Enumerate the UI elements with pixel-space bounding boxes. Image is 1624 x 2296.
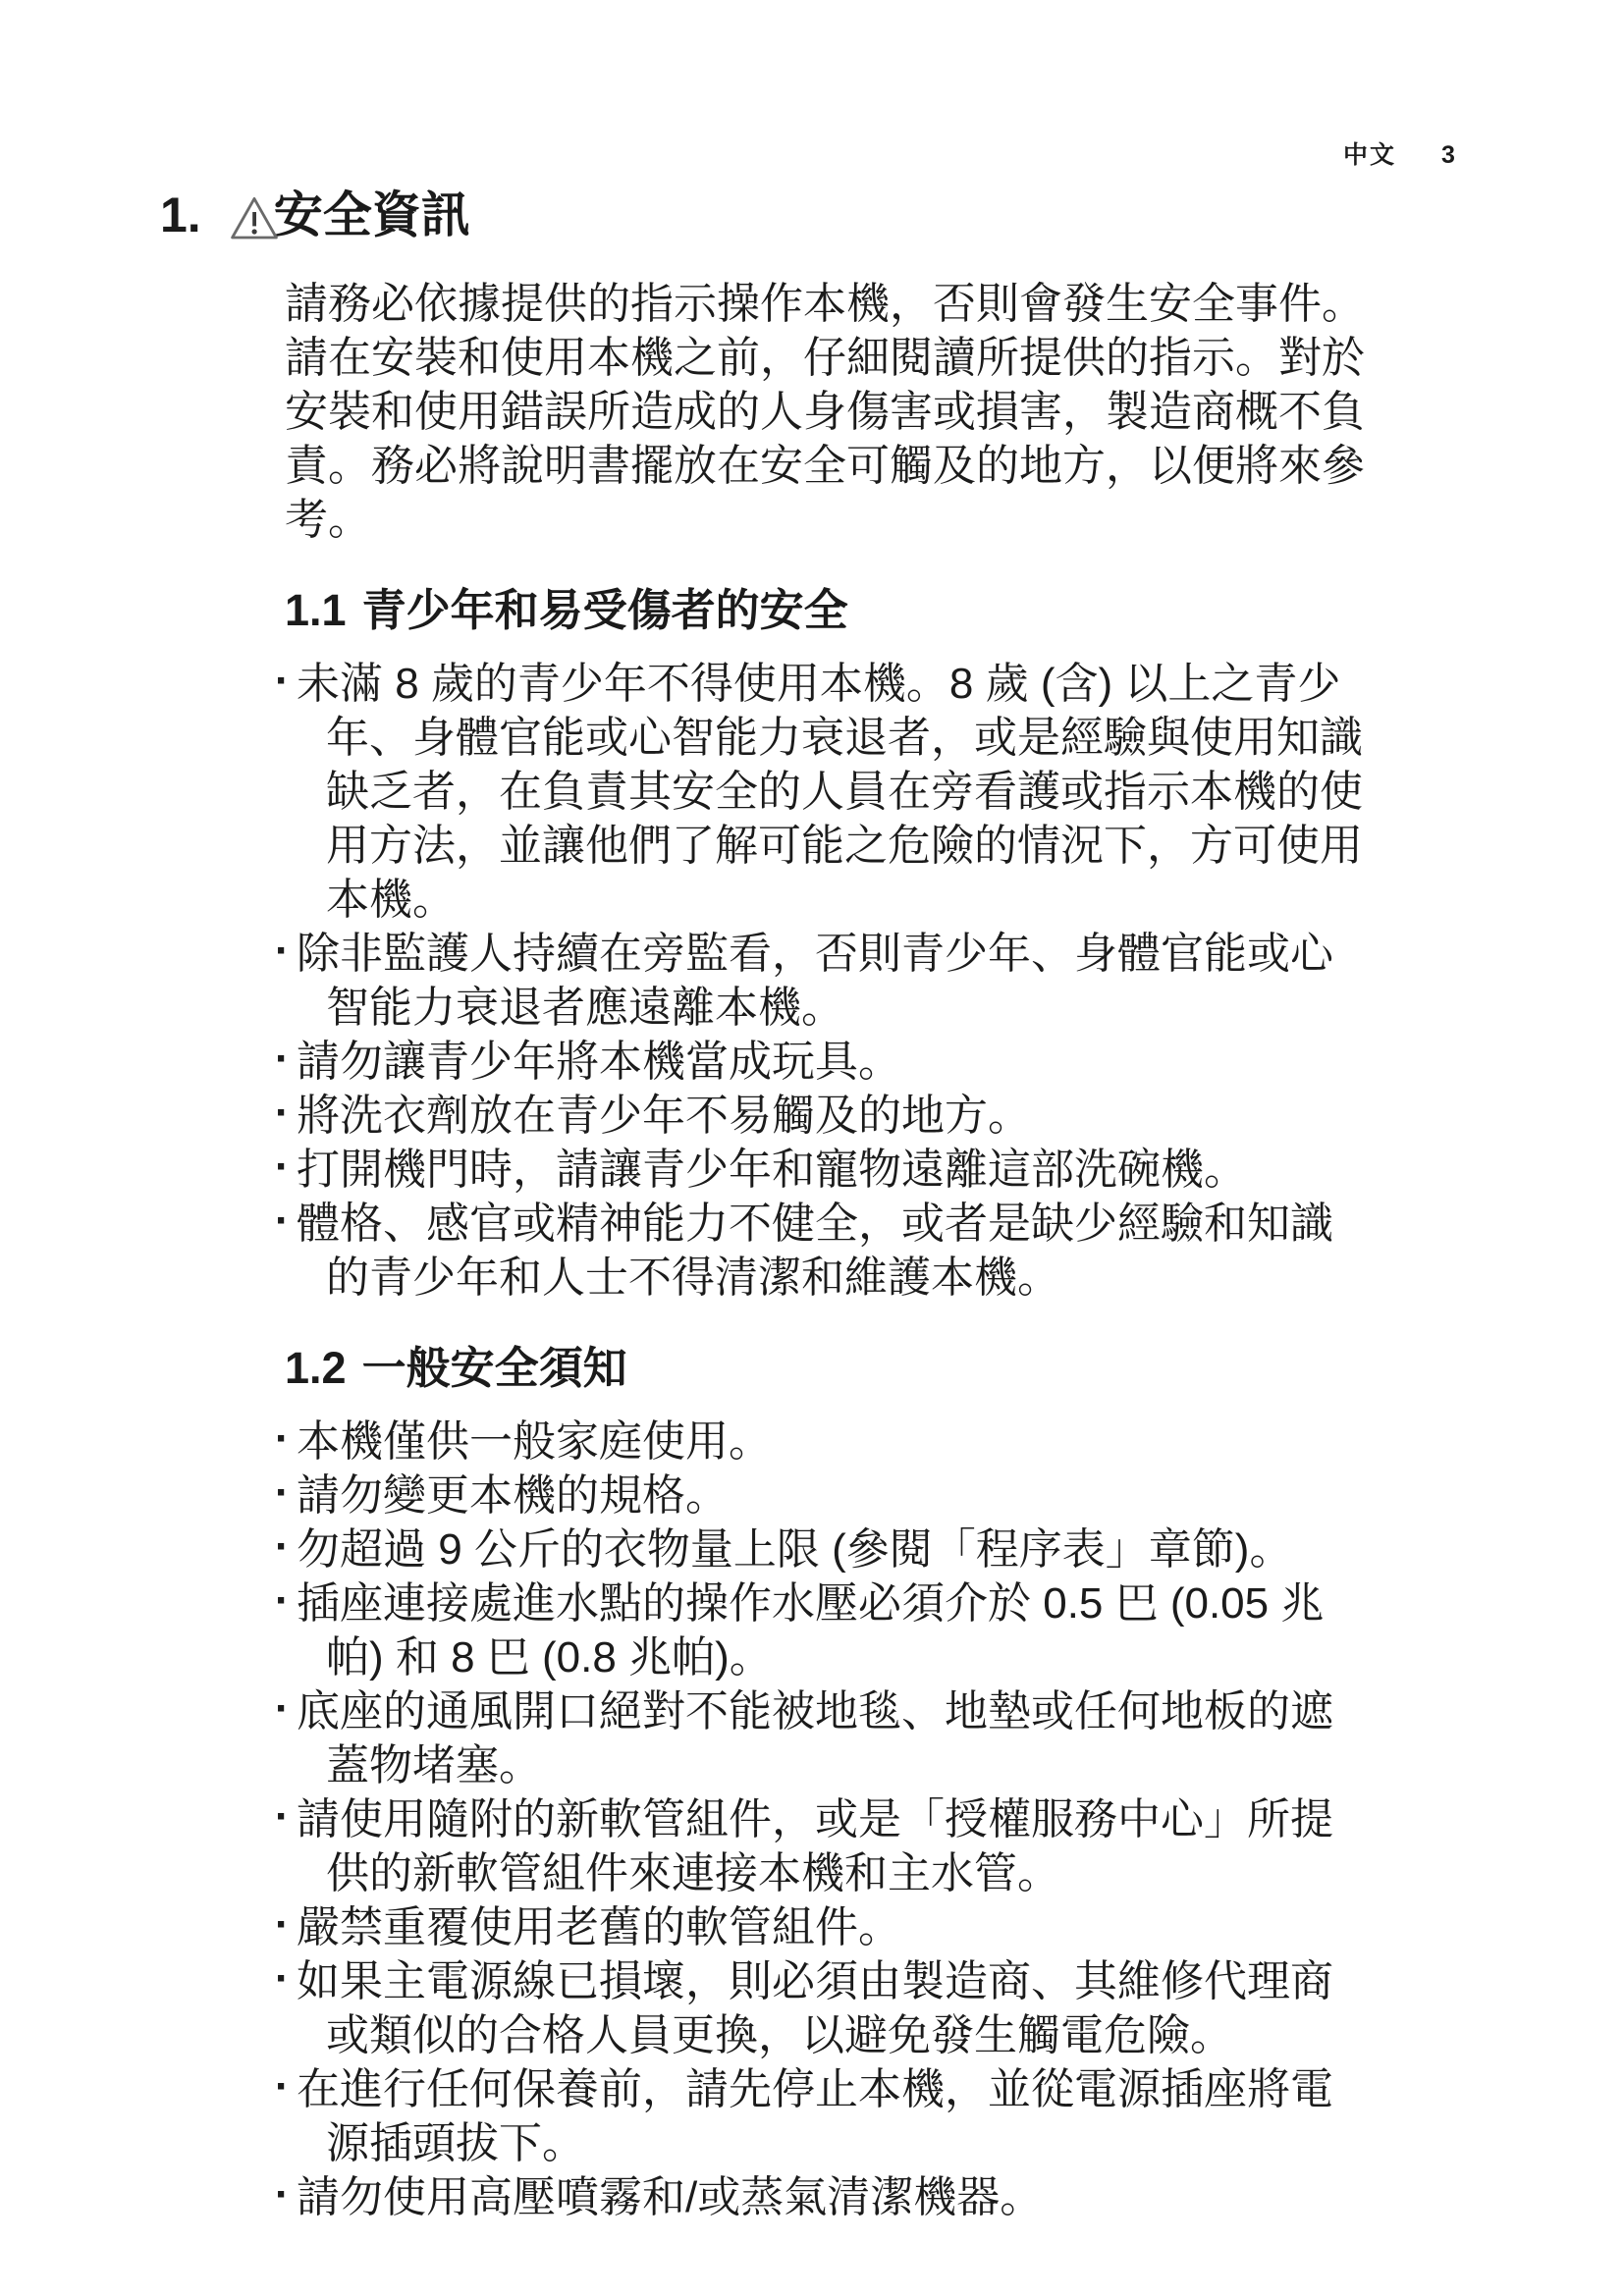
bullet-line: 請勿變更本機的規格。 xyxy=(297,1468,1502,1522)
chapter-number: 1. xyxy=(160,185,201,245)
intro-line: 請務必依據提供的指示操作本機，否則會發生安全事件。 xyxy=(285,277,1502,331)
bullet-line: 插座連接處進水點的操作水壓必須介於 0.5 巴 (0.05 兆 xyxy=(297,1576,1502,1630)
page-header: 中文 3 xyxy=(1343,135,1455,171)
bullet-item: 嚴禁重覆使用老舊的軟管組件。 xyxy=(285,1900,1502,1954)
bullet-line: 未滿 8 歲的青少年不得使用本機。8 歲 (含) 以上之青少 xyxy=(297,657,1502,711)
bullet-item: 插座連接處進水點的操作水壓必須介於 0.5 巴 (0.05 兆 帕) 和 8 巴… xyxy=(285,1576,1502,1684)
bullet-line: 嚴禁重覆使用老舊的軟管組件。 xyxy=(297,1900,1502,1954)
bullet-item: 將洗衣劑放在青少年不易觸及的地方。 xyxy=(285,1089,1502,1143)
chapter-title-text: 安全資訊 xyxy=(274,185,470,245)
bullet-line: 供的新軟管組件來連接本機和主水管。 xyxy=(297,1846,1502,1900)
bullet-line: 缺乏者，在負責其安全的人員在旁看護或指示本機的使 xyxy=(297,765,1502,819)
subsection-title-text: 一般安全須知 xyxy=(362,1343,627,1393)
bullet-line: 本機僅供一般家庭使用。 xyxy=(297,1415,1502,1468)
bullet-item: 請勿讓青少年將本機當成玩具。 xyxy=(285,1035,1502,1089)
bullet-line: 勿超過 9 公斤的衣物量上限 (參閱「程序表」章節)。 xyxy=(297,1522,1502,1576)
bullet-line: 或類似的合格人員更換，以避免發生觸電危險。 xyxy=(297,2008,1502,2062)
intro-line: 安裝和使用錯誤所造成的人身傷害或損害，製造商概不負 xyxy=(285,385,1502,439)
bullet-line: 打開機門時，請讓青少年和寵物遠離這部洗碗機。 xyxy=(297,1143,1502,1197)
bullet-line: 的青少年和人士不得清潔和維護本機。 xyxy=(297,1251,1502,1305)
bullet-item: 除非監護人持續在旁監看，否則青少年、身體官能或心 智能力衰退者應遠離本機。 xyxy=(285,927,1502,1035)
bullet-line: 底座的通風開口絕對不能被地毯、地墊或任何地板的遮 xyxy=(297,1684,1502,1738)
header-language-label: 中文 xyxy=(1343,135,1396,171)
bullet-line: 源插頭拔下。 xyxy=(297,2116,1502,2170)
bullet-item: 底座的通風開口絕對不能被地毯、地墊或任何地板的遮 蓋物堵塞。 xyxy=(285,1684,1502,1792)
bullet-list-1-2: 本機僅供一般家庭使用。 請勿變更本機的規格。 勿超過 9 公斤的衣物量上限 (參… xyxy=(285,1415,1502,2224)
intro-line: 請在安裝和使用本機之前，仔細閱讀所提供的指示。對於 xyxy=(285,331,1502,385)
bullet-line: 如果主電源線已損壞，則必須由製造商、其維修代理商 xyxy=(297,1954,1502,2008)
bullet-line: 請勿讓青少年將本機當成玩具。 xyxy=(297,1035,1502,1089)
header-page-number: 3 xyxy=(1441,141,1455,170)
intro-line: 考。 xyxy=(285,493,1502,547)
bullet-item: 體格、感官或精神能力不健全，或者是缺少經驗和知識 的青少年和人士不得清潔和維護本… xyxy=(285,1197,1502,1305)
bullet-item: 如果主電源線已損壞，則必須由製造商、其維修代理商 或類似的合格人員更換，以避免發… xyxy=(285,1954,1502,2062)
subsection-number: 1.2 xyxy=(285,1343,347,1393)
subsection-number: 1.1 xyxy=(285,585,347,635)
bullet-item: 未滿 8 歲的青少年不得使用本機。8 歲 (含) 以上之青少 年、身體官能或心智… xyxy=(285,657,1502,927)
bullet-item: 請勿使用高壓噴霧和/或蒸氣清潔機器。 xyxy=(285,2170,1502,2224)
bullet-item: 請勿變更本機的規格。 xyxy=(285,1468,1502,1522)
intro-paragraph: 請務必依據提供的指示操作本機，否則會發生安全事件。 請在安裝和使用本機之前，仔細… xyxy=(285,277,1502,547)
bullet-list-1-1: 未滿 8 歲的青少年不得使用本機。8 歲 (含) 以上之青少 年、身體官能或心智… xyxy=(285,657,1502,1305)
subsection-title-text: 青少年和易受傷者的安全 xyxy=(362,585,848,635)
intro-line: 責。務必將說明書擺放在安全可觸及的地方，以便將來參 xyxy=(285,439,1502,493)
bullet-line: 智能力衰退者應遠離本機。 xyxy=(297,981,1502,1035)
bullet-item: 請使用隨附的新軟管組件，或是「授權服務中心」所提 供的新軟管組件來連接本機和主水… xyxy=(285,1792,1502,1900)
bullet-line: 體格、感官或精神能力不健全，或者是缺少經驗和知識 xyxy=(297,1197,1502,1251)
bullet-line: 除非監護人持續在旁監看，否則青少年、身體官能或心 xyxy=(297,927,1502,981)
bullet-line: 本機。 xyxy=(297,873,1502,927)
bullet-line: 帕) 和 8 巴 (0.8 兆帕)。 xyxy=(297,1630,1502,1684)
bullet-line: 在進行任何保養前，請先停止本機，並從電源插座將電 xyxy=(297,2062,1502,2116)
chapter-title: 1. 安全資訊 xyxy=(160,185,470,245)
bullet-line: 年、身體官能或心智能力衰退者，或是經驗與使用知識 xyxy=(297,711,1502,765)
bullet-item: 在進行任何保養前，請先停止本機，並從電源插座將電 源插頭拔下。 xyxy=(285,2062,1502,2170)
bullet-line: 請勿使用高壓噴霧和/或蒸氣清潔機器。 xyxy=(297,2170,1502,2224)
bullet-item: 勿超過 9 公斤的衣物量上限 (參閱「程序表」章節)。 xyxy=(285,1522,1502,1576)
subsection-heading-1-2: 1.2一般安全須知 xyxy=(285,1340,1502,1397)
bullet-line: 將洗衣劑放在青少年不易觸及的地方。 xyxy=(297,1089,1502,1143)
bullet-item: 打開機門時，請讓青少年和寵物遠離這部洗碗機。 xyxy=(285,1143,1502,1197)
content-column: 請務必依據提供的指示操作本機，否則會發生安全事件。 請在安裝和使用本機之前，仔細… xyxy=(285,277,1502,2224)
warning-triangle-icon xyxy=(229,194,280,241)
bullet-item: 本機僅供一般家庭使用。 xyxy=(285,1415,1502,1468)
manual-page: 中文 3 1. 安全資訊 請務必依據提供的指示操作本機，否則會發生安全事件。 請… xyxy=(0,0,1624,2296)
subsection-heading-1-1: 1.1青少年和易受傷者的安全 xyxy=(285,582,1502,639)
bullet-line: 蓋物堵塞。 xyxy=(297,1738,1502,1792)
bullet-line: 用方法，並讓他們了解可能之危險的情況下，方可使用 xyxy=(297,819,1502,873)
bullet-line: 請使用隨附的新軟管組件，或是「授權服務中心」所提 xyxy=(297,1792,1502,1846)
